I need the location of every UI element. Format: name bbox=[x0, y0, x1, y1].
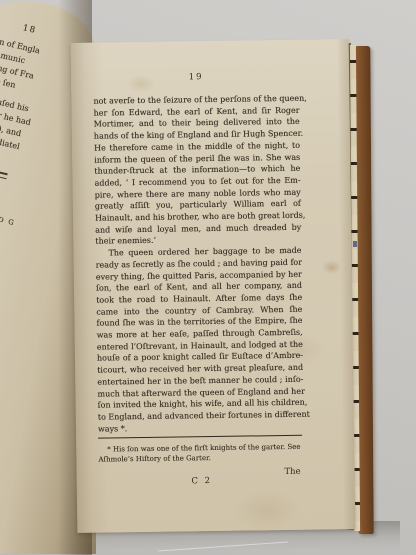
footnote-line: Aſhmole’s Hiſtory of the Garter. bbox=[98, 452, 304, 465]
right-page: 19 not averſe to the ſeizure of the perſ… bbox=[71, 39, 356, 533]
signature-mark: C 2 bbox=[191, 476, 212, 486]
fore-edge-fleck bbox=[353, 241, 357, 247]
catchword: The bbox=[284, 467, 300, 477]
signature-row: C 2 The bbox=[99, 467, 305, 482]
body-text: not averſe to the ſeizure of the perſons… bbox=[93, 93, 304, 435]
page-number: 19 bbox=[93, 71, 299, 84]
footnote-rule bbox=[98, 435, 302, 439]
book-photo: 18 ſabella, queen of Englapain of excomm… bbox=[0, 0, 416, 555]
right-page-text-block: not averſe to the ſeizure of the perſons… bbox=[93, 93, 304, 482]
footnote: * His ſon was one of the firſt knights o… bbox=[98, 442, 304, 465]
